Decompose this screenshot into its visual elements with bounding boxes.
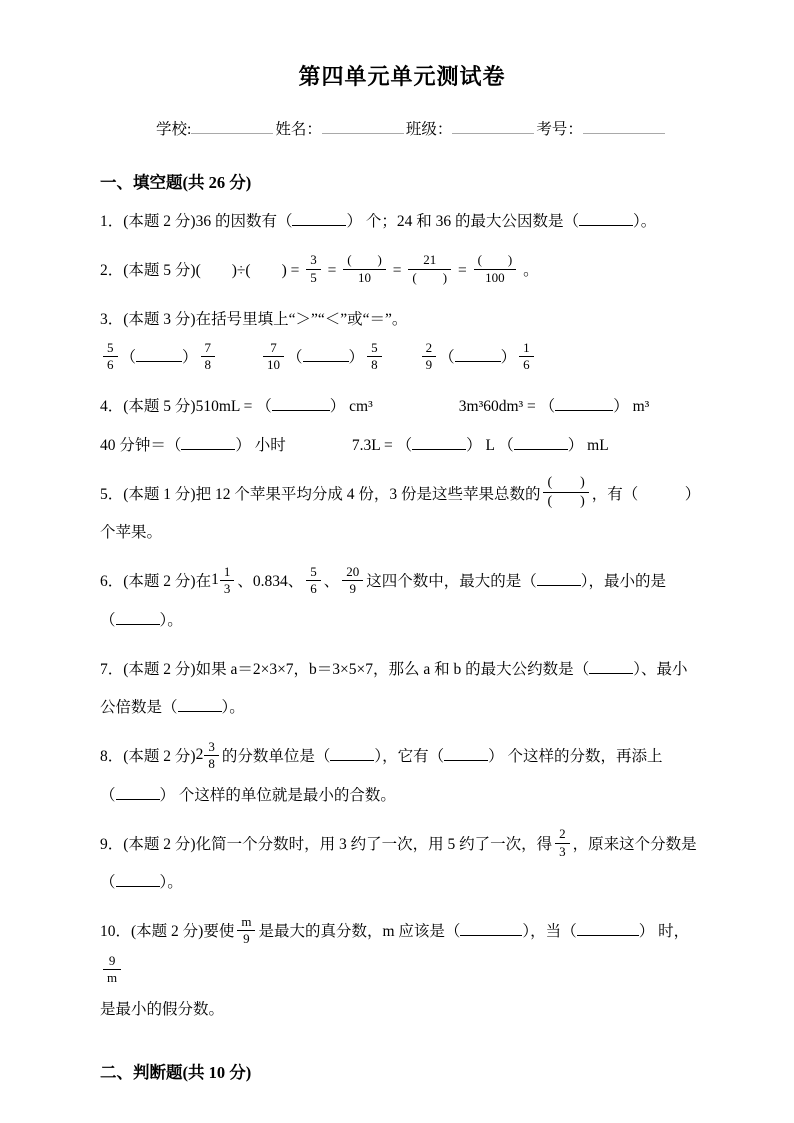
blank-underline xyxy=(579,213,633,226)
denominator: m xyxy=(103,969,121,986)
field-underline xyxy=(583,120,665,134)
whole-part: 1 xyxy=(211,561,219,600)
fraction: 35 xyxy=(306,252,321,286)
answer-blank: （） xyxy=(498,437,583,454)
section-2-heading: 二、判断题(共 10 分) xyxy=(100,1059,704,1083)
student-info-field-2: 班级： xyxy=(406,117,537,139)
question-1: 1．(本题 2 分)36 的因数有（） 个；24 和 36 的最大公因数是（）。 xyxy=(100,203,704,242)
fraction: 710 xyxy=(263,340,284,374)
question-8: 8．(本题 2 分)238的分数单位是（），它有（） 个这样的分数，再添上（） … xyxy=(100,738,704,816)
field-label: 姓名： xyxy=(275,121,322,138)
numerator: 20 xyxy=(342,564,363,580)
answer-blank: （） xyxy=(100,612,167,629)
answer-blank: （） xyxy=(540,398,629,415)
question-text: 7.3L = xyxy=(352,437,397,454)
blank-underline xyxy=(514,437,568,450)
denominator: ( ) xyxy=(408,269,451,286)
blank-underline xyxy=(589,661,633,674)
answer-blank: （） xyxy=(439,349,516,366)
question-text: 。 xyxy=(229,699,245,716)
answer-blank: （） xyxy=(121,349,198,366)
question-text: ，最小的是 xyxy=(589,573,667,590)
question-text: L xyxy=(482,437,499,454)
denominator: 8 xyxy=(204,755,219,772)
blank-underline xyxy=(136,349,182,362)
answer-blank: （） xyxy=(256,398,345,415)
denominator: 10 xyxy=(343,269,386,286)
question-text: ，当 xyxy=(530,923,561,940)
fraction: ( )100 xyxy=(474,252,517,286)
question-text: 9．(本题 2 分)化简一个分数时，用 3 约了一次，用 5 约了一次，得 xyxy=(100,836,552,853)
answer-blank: （） xyxy=(100,787,175,804)
denominator: 9 xyxy=(237,930,255,947)
page-title: 第四单元单元测试卷 xyxy=(100,60,704,91)
blank-underline xyxy=(444,748,488,761)
mixed-number: 113 xyxy=(211,573,237,590)
blank-underline xyxy=(577,923,639,936)
blank-underline xyxy=(116,874,160,887)
fraction: 21( ) xyxy=(408,252,451,286)
answer-blank: （） xyxy=(574,661,641,678)
question-text: 。 xyxy=(519,262,538,279)
question-text: 。 xyxy=(641,213,657,230)
numerator: 3 xyxy=(306,252,321,268)
question-text: 7．(本题 2 分)如果 a＝2×3×7，b＝3×5×7，那么 a 和 b 的最… xyxy=(100,661,574,678)
question-text: mL xyxy=(583,437,608,454)
test-paper-page: 第四单元单元测试卷 学校:姓名：班级：考号： 一、填空题(共 26 分) 1．(… xyxy=(0,0,794,1123)
blank-underline xyxy=(330,748,374,761)
fraction: m9 xyxy=(237,914,255,948)
question-text: 5．(本题 1 分)把 12 个苹果平均分成 4 份，3 份是这些苹果总数的 xyxy=(100,486,540,503)
denominator: 8 xyxy=(367,356,382,373)
numerator: 1 xyxy=(519,340,534,356)
question-text: 3m³60dm³ = xyxy=(459,398,540,415)
fraction: 13 xyxy=(220,564,235,598)
question-text: ，原来这个分数是 xyxy=(573,836,697,853)
denominator: 6 xyxy=(519,356,534,373)
answer-blank: （） xyxy=(561,923,654,940)
denominator: ( ) xyxy=(543,492,588,512)
fraction: 16 xyxy=(519,340,534,374)
denominator: 3 xyxy=(555,843,570,860)
answer-blank: （） xyxy=(166,437,251,454)
question-text: 6．(本题 2 分)在 xyxy=(100,573,211,590)
numerator: 2 xyxy=(555,826,570,842)
answer-blank: （） xyxy=(100,874,167,891)
question-text: = xyxy=(389,262,406,279)
question-text: ，它有 xyxy=(382,748,429,765)
question-text: 是最大的真分数，m 应该是 xyxy=(258,923,444,940)
numerator: 7 xyxy=(201,340,216,356)
numerator: ( ) xyxy=(543,474,588,493)
answer-blank: （） xyxy=(445,923,530,940)
question-text: 40 分钟＝ xyxy=(100,437,166,454)
answer-blank: （） xyxy=(397,437,482,454)
denominator: 5 xyxy=(306,269,321,286)
fraction: ( )10 xyxy=(343,252,386,286)
question-text: 时， xyxy=(654,923,689,940)
blank-underline xyxy=(455,349,501,362)
student-info-field-0: 学校: xyxy=(156,117,275,139)
question-text: 这四个数中，最大的是 xyxy=(366,573,521,590)
question-text: 8．(本题 2 分) xyxy=(100,748,196,765)
numerator: ( ) xyxy=(474,252,517,268)
numerator: ( ) xyxy=(343,252,386,268)
numerator: 2 xyxy=(422,340,437,356)
student-info-field-3: 考号： xyxy=(536,117,667,139)
denominator: 9 xyxy=(422,356,437,373)
question-text: 10．(本题 2 分)要使 xyxy=(100,923,234,940)
student-info-field-1: 姓名： xyxy=(275,117,406,139)
question-text: 个这样的分数，再添上 xyxy=(504,748,663,765)
answer-blank: （） xyxy=(429,748,504,765)
fraction: 56 xyxy=(103,340,118,374)
numerator: 1 xyxy=(220,564,235,580)
numerator: 5 xyxy=(306,564,321,580)
blank-underline xyxy=(412,437,466,450)
blank-underline xyxy=(178,699,222,712)
denominator: 3 xyxy=(220,580,235,597)
question-text: m³ xyxy=(629,398,650,415)
numerator: 21 xyxy=(408,252,451,268)
numerator: 5 xyxy=(367,340,382,356)
question-text: cm³ xyxy=(345,398,372,415)
question-text: 。 xyxy=(167,612,183,629)
denominator: 10 xyxy=(263,356,284,373)
field-underline xyxy=(191,120,273,134)
denominator: 8 xyxy=(201,356,216,373)
field-underline xyxy=(452,120,534,134)
blank-underline xyxy=(537,573,581,586)
question-text: 的分数单位是 xyxy=(222,748,315,765)
question-text: 2．(本题 5 分)( )÷( ) = xyxy=(100,262,303,279)
answer-blank: （） xyxy=(521,573,588,590)
question-text: 小时 xyxy=(251,437,286,454)
field-underline xyxy=(322,120,404,134)
blank-underline xyxy=(116,612,160,625)
whole-part: 2 xyxy=(196,736,204,775)
mixed-number: 238 xyxy=(196,748,222,765)
blank-underline xyxy=(181,437,235,450)
question-text: = xyxy=(454,262,471,279)
answer-blank: （） xyxy=(564,213,641,230)
answer-blank: （） xyxy=(287,349,364,366)
question-text: 4．(本题 5 分)510mL = xyxy=(100,398,256,415)
question-text: ，有（ ） xyxy=(592,486,701,503)
question-text: 。 xyxy=(167,874,183,891)
question-10: 10．(本题 2 分)要使m9是最大的真分数，m 应该是（），当（） 时，9m是… xyxy=(100,913,704,1029)
denominator: 6 xyxy=(103,356,118,373)
blank-underline xyxy=(303,349,349,362)
numerator: 3 xyxy=(204,739,219,755)
fraction: 9m xyxy=(103,953,121,987)
question-7: 7．(本题 2 分)如果 a＝2×3×7，b＝3×5×7，那么 a 和 b 的最… xyxy=(100,651,704,729)
answer-blank: （） xyxy=(315,748,382,765)
denominator: 100 xyxy=(474,269,517,286)
numerator: 9 xyxy=(103,953,121,969)
answer-blank: （） xyxy=(162,699,229,716)
question-4: 4．(本题 5 分)510mL = （） cm³3m³60dm³ = （） m³… xyxy=(100,388,704,466)
field-label: 学校: xyxy=(156,121,191,138)
denominator: 6 xyxy=(306,580,321,597)
field-label: 考号： xyxy=(536,121,583,138)
question-text: 、最小 xyxy=(641,661,688,678)
blank-underline xyxy=(292,213,346,226)
question-6: 6．(本题 2 分)在113、0.834、56、209这四个数中，最大的是（），… xyxy=(100,563,704,641)
blank-underline xyxy=(116,787,160,800)
fraction: 56 xyxy=(306,564,321,598)
question-5: 5．(本题 1 分)把 12 个苹果平均分成 4 份，3 份是这些苹果总数的( … xyxy=(100,476,704,554)
blank-underline xyxy=(460,923,522,936)
question-text: 3．(本题 3 分)在括号里填上“＞”“＜”或“＝”。 xyxy=(100,311,407,328)
fraction: 29 xyxy=(422,340,437,374)
field-label: 班级： xyxy=(406,121,453,138)
fraction: 58 xyxy=(367,340,382,374)
fraction: 23 xyxy=(555,826,570,860)
fraction: 209 xyxy=(342,564,363,598)
question-text: 个；24 和 36 的最大公因数是 xyxy=(362,213,564,230)
question-text: 个这样的单位就是最小的合数。 xyxy=(175,787,396,804)
question-text: 公倍数是 xyxy=(100,699,162,716)
numerator: m xyxy=(237,914,255,930)
section-1-heading: 一、填空题(共 26 分) xyxy=(100,169,704,193)
denominator: 9 xyxy=(342,580,363,597)
question-text: 个苹果。 xyxy=(100,524,162,541)
answer-blank: （） xyxy=(277,213,362,230)
question-3: 3．(本题 3 分)在括号里填上“＞”“＜”或“＝”。56（）78710（）58… xyxy=(100,301,704,379)
question-text: 是最小的假分数。 xyxy=(100,1001,224,1018)
numerator: 7 xyxy=(263,340,284,356)
question-text: 1．(本题 2 分)36 的因数有 xyxy=(100,213,277,230)
question-2: 2．(本题 5 分)( )÷( ) = 35 = ( )10 = 21( ) =… xyxy=(100,252,704,291)
numerator: 5 xyxy=(103,340,118,356)
question-text: = xyxy=(324,262,341,279)
question-9: 9．(本题 2 分)化简一个分数时，用 3 约了一次，用 5 约了一次，得23，… xyxy=(100,826,704,904)
questions: 1．(本题 2 分)36 的因数有（） 个；24 和 36 的最大公因数是（）。… xyxy=(100,203,704,1029)
question-text: 、0.834、 xyxy=(237,573,303,590)
blank-underline xyxy=(555,398,613,411)
fraction: 78 xyxy=(201,340,216,374)
student-info-row: 学校:姓名：班级：考号： xyxy=(156,117,704,139)
fraction: 38 xyxy=(204,739,219,773)
fraction: ( )( ) xyxy=(543,474,588,513)
blank-underline xyxy=(272,398,330,411)
question-text: 、 xyxy=(324,573,340,590)
